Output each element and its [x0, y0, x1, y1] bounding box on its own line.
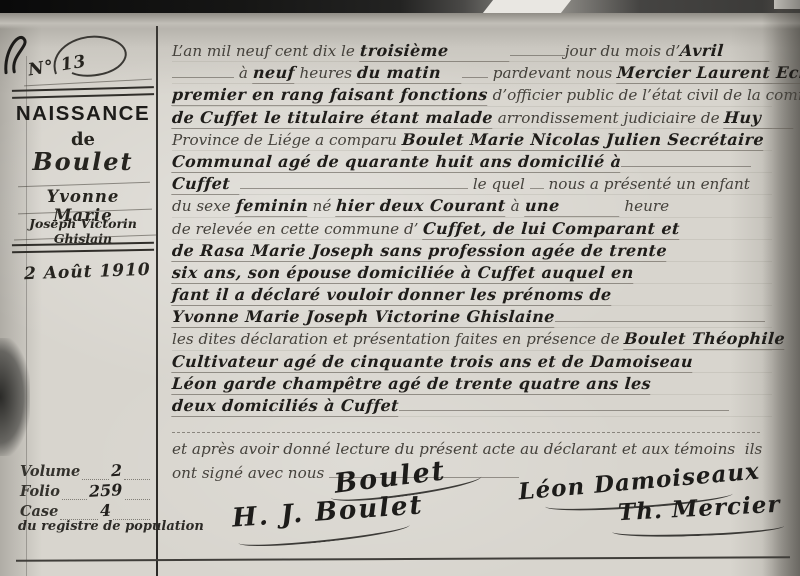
act-body: L’an mil neuf cent dix le troisièmejour … [172, 40, 772, 484]
folio-value: 259 [89, 480, 123, 501]
formula-text: du sexe [172, 197, 236, 215]
formula-text: heure [620, 197, 670, 215]
entry-text: du matin [356, 62, 463, 84]
blank-rule [555, 306, 765, 322]
scanned-birth-act-page: N° 13 NAISSANCE de Boulet Yvonne Marie J… [0, 0, 800, 576]
act-line: Province de Liége a comparu Boulet Marie… [172, 129, 772, 151]
act-line: Léon garde champêtre agé de trente quatr… [172, 373, 772, 395]
bottom-rule [16, 556, 790, 561]
child-surname: Boulet [14, 147, 152, 176]
entry-text: premier en rang faisant fonctions [171, 84, 488, 106]
entry-text: neuf [252, 62, 295, 84]
formula-text: heures [295, 64, 357, 82]
entry-text: feminin [235, 195, 309, 217]
folio-label: Folio [20, 483, 60, 500]
dotted-rule [60, 506, 97, 520]
dotted-rule [125, 486, 150, 500]
entry-text: Huy [724, 107, 796, 129]
entry-text: six ans, son épouse domiciliée à Cuffet … [171, 262, 634, 284]
registry-case-row: Case 4 [20, 501, 152, 520]
act-line: Communal agé de quarante huit ans domici… [172, 151, 772, 173]
blank-rule [399, 395, 729, 411]
record-number-oval-flourish [46, 30, 138, 80]
case-value: 4 [99, 501, 111, 521]
formula-text: pardevant nous [488, 64, 617, 82]
blank-rule [462, 62, 488, 78]
entry-text: deux domiciliés à Cuffet [171, 395, 399, 417]
formula-text: et après avoir donné lecture du présent … [172, 440, 762, 458]
entry-text: Boulet Marie Nicolas Julien Secrétaire [401, 129, 765, 151]
blank-rule [530, 173, 544, 189]
entry-text: Boulet Théophile [624, 328, 787, 350]
margin-double-rule-top [12, 86, 154, 99]
registry-volume-row: Volume 2 [20, 461, 152, 480]
formula-text: Province de Liége a comparu [172, 131, 402, 149]
entry-text: Avril [680, 40, 772, 62]
act-line: et après avoir donné lecture du présent … [172, 439, 772, 461]
act-line: les dites déclaration et présentation fa… [172, 328, 772, 350]
dotted-rule [124, 466, 150, 480]
book-top-edge [0, 0, 800, 14]
blank-rule [172, 62, 234, 78]
blank-rule [510, 40, 565, 56]
act-line: Cuffet le quel nous a présenté un enfant [172, 173, 772, 195]
act-line: premier en rang faisant fonctions d’offi… [172, 84, 772, 106]
act-line: de Cuffet le titulaire étant malade arro… [172, 107, 772, 129]
formula-text: jour du mois d’ [565, 42, 681, 60]
page-notch [483, 0, 571, 13]
entry-text: Communal agé de quarante huit ans domici… [171, 151, 622, 173]
entry-text: hier deux Courant [335, 195, 506, 217]
formula-text: les dites déclaration et présentation fa… [172, 330, 624, 348]
act-line: à neuf heures du matin pardevant nous Me… [172, 62, 772, 84]
entry-text: Cultivateur agé de cinquante trois ans e… [171, 351, 693, 373]
registry-folio-row: Folio 259 [20, 481, 152, 500]
formula-text: de relevée en cette commune d’ [172, 220, 423, 238]
act-line: six ans, son épouse domiciliée à Cuffet … [172, 262, 772, 284]
dotted-rule [82, 466, 108, 480]
page-stack-edge [0, 13, 800, 29]
act-line: fant il a déclaré vouloir donner les pré… [172, 284, 772, 306]
entry-text: Mercier Laurent Echevin [616, 62, 800, 84]
entry-text: Cuffet [171, 173, 241, 195]
entry-text: Cuffet, de lui Comparant et [423, 218, 681, 240]
formula-text: d’officier public de l’état civil de la … [488, 86, 800, 104]
birth-title: NAISSANCE [14, 102, 152, 126]
formula-text: ont signé avec nous [172, 464, 329, 482]
act-line: du sexe feminin né hier deux Courant à u… [172, 195, 772, 217]
case-label: Case [20, 503, 58, 520]
dotted-rule [62, 486, 87, 500]
act-date: 2 Août 1910 [24, 260, 151, 284]
blank-rule [172, 417, 760, 433]
entry-text: Yvonne Marie Joseph Victorine Ghislaine [171, 306, 555, 328]
entry-text: de Rasa Marie Joseph sans profession agé… [171, 240, 668, 262]
act-line: Yvonne Marie Joseph Victorine Ghislaine [172, 306, 772, 328]
blank-rule [621, 151, 751, 167]
act-line: Cultivateur agé de cinquante trois ans e… [172, 351, 772, 373]
formula-text: nous a présenté un enfant [544, 175, 750, 193]
dotted-rule [113, 506, 150, 520]
act-line: deux domiciliés à Cuffet [172, 395, 772, 417]
volume-value: 2 [110, 461, 122, 481]
margin-double-rule-bottom [12, 242, 154, 253]
act-line [172, 417, 772, 439]
formula-text: arrondissement judiciaire de [493, 109, 725, 127]
entry-text: une [524, 195, 621, 217]
formula-text: à [506, 197, 525, 215]
entry-text: troisième [359, 40, 511, 62]
entry-text: Léon garde champêtre agé de trente quatr… [171, 373, 652, 395]
act-line: L’an mil neuf cent dix le troisièmejour … [172, 40, 772, 62]
entry-text: fant il a déclaré vouloir donner les pré… [171, 284, 612, 306]
formula-text: L’an mil neuf cent dix le [172, 42, 360, 60]
formula-text: le quel [468, 175, 530, 193]
act-line: de relevée en cette commune d’ Cuffet, d… [172, 218, 772, 240]
margin-divider-line [156, 26, 158, 576]
blank-rule [240, 173, 468, 189]
formula-text: à [234, 64, 253, 82]
registry-note: du registre de population [18, 519, 204, 534]
entry-text: de Cuffet le titulaire étant malade [171, 107, 493, 129]
act-line: de Rasa Marie Joseph sans profession agé… [172, 240, 772, 262]
formula-text: né [308, 197, 336, 215]
volume-label: Volume [20, 463, 80, 480]
